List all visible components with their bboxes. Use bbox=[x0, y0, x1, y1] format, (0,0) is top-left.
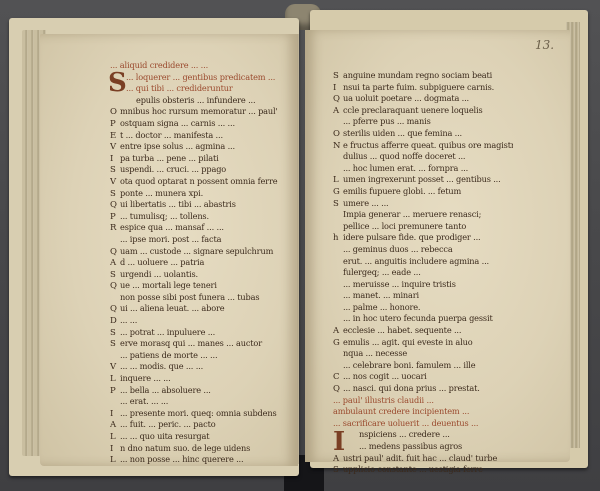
line-text: ... presente mori. queq: omnia subdens bbox=[120, 408, 277, 418]
line-text: uspendi. ... cruci. ... ppago bbox=[120, 164, 226, 174]
manuscript-line: Qua uoluit poetare ... dogmata ... bbox=[333, 93, 513, 105]
line-initial: S bbox=[333, 71, 343, 82]
line-text: ... hoc lumen erat. ... fornpra ... bbox=[343, 163, 468, 173]
line-text: non posse sibi post funera ... tubas bbox=[120, 292, 259, 302]
manuscript-line: Et ... doctor ... manifesta ... bbox=[110, 130, 286, 142]
line-initial: C bbox=[333, 372, 343, 383]
manuscript-line: ... ipse mori. post ... facta bbox=[110, 234, 286, 246]
line-text: ... ... modis. que ... ... bbox=[120, 361, 203, 371]
manuscript-line: hidere pulsare fide. que prodiger ... bbox=[333, 232, 513, 244]
line-initial: O bbox=[333, 129, 343, 140]
line-text: ... celebrare boni. famulem ... ille bbox=[343, 360, 475, 370]
manuscript-line: Gemulis ... agit. qui eveste in aluo bbox=[333, 337, 513, 349]
manuscript-line: P... bella ... absoluere ... bbox=[110, 385, 286, 397]
line-initial: S bbox=[110, 165, 120, 176]
illuminated-initial: S bbox=[108, 70, 127, 96]
line-text: mnibus hoc rursum memoratur ... paul' bbox=[120, 106, 278, 116]
manuscript-line: Accle preclaraquant uenere loquelis bbox=[333, 105, 513, 117]
line-initial: V bbox=[110, 362, 120, 373]
line-text: ... in hoc utero fecunda puerpa gessit bbox=[343, 313, 493, 323]
line-initial: I bbox=[333, 83, 343, 94]
line-text: pa turba ... pene ... pilati bbox=[120, 153, 219, 163]
manuscript-line: ... celebrare boni. famulem ... ille bbox=[333, 360, 513, 372]
line-text: ... nos cogit ... uocari bbox=[343, 371, 427, 381]
manuscript-line: L... non posse ... hinc querere ... bbox=[110, 454, 286, 466]
manuscript-line: dulius ... quod noffe doceret ... bbox=[333, 151, 513, 163]
line-text: ponte ... munera xpi. bbox=[120, 188, 203, 198]
line-initial: V bbox=[110, 142, 120, 153]
manuscript-line: Que ... mortali lege teneri bbox=[110, 280, 286, 292]
manuscript-line: A... fuit. ... peric. ... pacto bbox=[110, 419, 286, 431]
line-initial: G bbox=[333, 338, 343, 349]
manuscript-line: Aecclesie ... habet. sequente ... bbox=[333, 325, 513, 337]
manuscript-line: Insui ta parte fuim. subpiguere carnis. bbox=[333, 82, 513, 94]
manuscript-line: ... manet. ... minari bbox=[333, 290, 513, 302]
line-text: ... fuit. ... peric. ... pacto bbox=[120, 419, 216, 429]
line-initial: S bbox=[110, 270, 120, 281]
line-text: n dno natum suo. de lege uidens bbox=[120, 443, 250, 453]
line-initial: I bbox=[110, 444, 120, 455]
right-page: 13. Sanguine mundam regno sociam beatiIn… bbox=[305, 30, 570, 462]
line-initial: h bbox=[333, 233, 343, 244]
manuscript-line: Suspendi. ... cruci. ... ppago bbox=[110, 164, 286, 176]
line-text: ... potrat ... inpuluere ... bbox=[120, 327, 215, 337]
manuscript-line: Respice qua ... mansaf ... ... bbox=[110, 222, 286, 234]
line-text: ... tumulisq; ... tollens. bbox=[120, 211, 209, 221]
folio-number: 13. bbox=[535, 38, 554, 52]
manuscript-line: Linquere ... ... bbox=[110, 373, 286, 385]
manuscript-line: Sponte ... munera xpi. bbox=[110, 188, 286, 200]
line-text: nqua ... necesse bbox=[343, 348, 407, 358]
manuscript-line: ... erat. ... ... bbox=[110, 396, 286, 408]
line-initial: Q bbox=[333, 384, 343, 395]
manuscript-line: Qui libertatis ... tibi ... abastris bbox=[110, 199, 286, 211]
line-text: e fructus afferre queat. quibus ore magi… bbox=[343, 140, 513, 150]
line-text: ... medens passibus agros bbox=[359, 441, 462, 451]
line-initial: S bbox=[333, 199, 343, 210]
line-initial: A bbox=[333, 454, 343, 465]
line-text: ... palme ... honore. bbox=[343, 302, 420, 312]
manuscript-line: Omnibus hoc rursum memoratur ... paul' bbox=[110, 106, 286, 118]
line-initial: L bbox=[333, 175, 343, 186]
line-text: nsui ta parte fuim. subpiguere carnis. bbox=[343, 82, 494, 92]
manuscript-line: Sanguine mundam regno sociam beati bbox=[333, 70, 513, 82]
line-text: ... non posse ... hinc querere ... bbox=[120, 454, 243, 464]
manuscript-line: epulis obsteris ... infundere ... bbox=[110, 95, 286, 107]
line-initial: I bbox=[110, 154, 120, 165]
line-text: ... ipse mori. post ... facta bbox=[120, 234, 221, 244]
manuscript-line: Ad ... uoluere ... patria bbox=[110, 257, 286, 269]
manuscript-line: Ventre ipse solus ... agmina ... bbox=[110, 141, 286, 153]
line-text: sterilis uiden ... que femina ... bbox=[343, 128, 462, 138]
manuscript-line: Osterilis uiden ... que femina ... bbox=[333, 128, 513, 140]
line-text: ue ... mortali lege teneri bbox=[120, 280, 217, 290]
manuscript-line: Qui ... aliena leuat. ... abore bbox=[110, 303, 286, 315]
left-page: ... aliquid credidere ... ... ... loquer… bbox=[40, 34, 298, 466]
line-text: erut. ... anguitis includere agmina ... bbox=[343, 256, 489, 266]
manuscript-line: ... meruisse ... inquire tristis bbox=[333, 279, 513, 291]
line-text: ... bella ... absoluere ... bbox=[120, 385, 211, 395]
left-text-column: ... aliquid credidere ... ... ... loquer… bbox=[110, 60, 286, 466]
manuscript-line: V... ... modis. que ... ... bbox=[110, 361, 286, 373]
manuscript-line: C... nos cogit ... uocari bbox=[333, 371, 513, 383]
line-text: ... meruisse ... inquire tristis bbox=[343, 279, 456, 289]
manuscript-line: ... geminus duos ... rebecca bbox=[333, 244, 513, 256]
line-initial: G bbox=[333, 187, 343, 198]
line-initial: D bbox=[110, 316, 120, 327]
line-initial: V bbox=[110, 177, 120, 188]
right-text-column: Sanguine mundam regno sociam beatiInsui … bbox=[333, 70, 513, 476]
manuscript-line: ... palme ... honore. bbox=[333, 302, 513, 314]
line-text: umere ... ... bbox=[343, 198, 389, 208]
rubric-line: ... loquerer ... gentibus predicatem ... bbox=[110, 72, 286, 84]
line-initial: L bbox=[110, 455, 120, 466]
line-text: fulergeq; ... eade ... bbox=[343, 267, 421, 277]
manuscript-line: Serve morasq qui ... manes ... auctor bbox=[110, 338, 286, 350]
line-initial: S bbox=[333, 465, 343, 476]
line-initial: Q bbox=[333, 94, 343, 105]
manuscript-line: ... hoc lumen erat. ... fornpra ... bbox=[333, 163, 513, 175]
manuscript-line: non posse sibi post funera ... tubas bbox=[110, 292, 286, 304]
line-initial: Q bbox=[110, 281, 120, 292]
line-text: dulius ... quod noffe doceret ... bbox=[343, 151, 465, 161]
manuscript-line: Surgendi ... uolantis. bbox=[110, 269, 286, 281]
line-text: ui ... aliena leuat. ... abore bbox=[120, 303, 224, 313]
line-initial: I bbox=[110, 409, 120, 420]
manuscript-line: Sumere ... ... bbox=[333, 198, 513, 210]
line-text: ... pferre pus ... manis bbox=[343, 116, 431, 126]
line-initial: L bbox=[110, 432, 120, 443]
manuscript-line: S... potrat ... inpuluere ... bbox=[110, 327, 286, 339]
line-text: pellice ... loci premunere tanto bbox=[343, 221, 466, 231]
line-text: anguine mundam regno sociam beati bbox=[343, 70, 492, 80]
line-initial: A bbox=[110, 258, 120, 269]
manuscript-line: nspiciens ... credere ... bbox=[333, 429, 513, 441]
line-text: t ... doctor ... manifesta ... bbox=[120, 130, 223, 140]
rubric-line: ... sacrificare uoluerit ... deuentus ..… bbox=[333, 418, 513, 430]
manuscript-line: ... medens passibus agros bbox=[333, 441, 513, 453]
line-text: ... erat. ... ... bbox=[120, 396, 168, 406]
manuscript-line: Ipa turba ... pene ... pilati bbox=[110, 153, 286, 165]
manuscript-line: Impia generar ... meruere renasci; bbox=[333, 209, 513, 221]
line-initial: S bbox=[110, 328, 120, 339]
line-initial: A bbox=[333, 106, 343, 117]
manuscript-line: nqua ... necesse bbox=[333, 348, 513, 360]
manuscript-line: Gemilis fupuere globi. ... fetum bbox=[333, 186, 513, 198]
line-text: ui libertatis ... tibi ... abastris bbox=[120, 199, 236, 209]
manuscript-line: fulergeq; ... eade ... bbox=[333, 267, 513, 279]
manuscript-line: P... tumulisq; ... tollens. bbox=[110, 211, 286, 223]
line-text: ... geminus duos ... rebecca bbox=[343, 244, 453, 254]
line-text: upplicio constante ... uestigia ferre bbox=[343, 464, 483, 474]
manuscript-line: Ne fructus afferre queat. quibus ore mag… bbox=[333, 140, 513, 152]
line-initial: P bbox=[110, 212, 120, 223]
manuscript-line: Quam ... custode ... signare sepulchrum bbox=[110, 246, 286, 258]
line-text: entre ipse solus ... agmina ... bbox=[120, 141, 235, 151]
rubric-line: ... paul' illustris claudii ... bbox=[333, 395, 513, 407]
line-initial: Q bbox=[110, 247, 120, 258]
line-text: epulis obsteris ... infundere ... bbox=[136, 95, 255, 105]
line-text: ccle preclaraquant uenere loquelis bbox=[343, 105, 483, 115]
line-initial: P bbox=[110, 386, 120, 397]
manuscript-line: Postquam signa ... carnis ... ... bbox=[110, 118, 286, 130]
line-text: ua uoluit poetare ... dogmata ... bbox=[343, 93, 469, 103]
line-text: urgendi ... uolantis. bbox=[120, 269, 198, 279]
line-initial: R bbox=[110, 223, 120, 234]
line-text: d ... uoluere ... patria bbox=[120, 257, 204, 267]
manuscript-line: Lumen ingrexerunt posset ... gentibus ..… bbox=[333, 174, 513, 186]
line-initial: L bbox=[110, 374, 120, 385]
manuscript-line: erut. ... anguitis includere agmina ... bbox=[333, 256, 513, 268]
line-text: uam ... custode ... signare sepulchrum bbox=[120, 246, 273, 256]
line-initial: Q bbox=[110, 304, 120, 315]
manuscript-line: ... in hoc utero fecunda puerpa gessit bbox=[333, 313, 513, 325]
line-text: emilis fupuere globi. ... fetum bbox=[343, 186, 461, 196]
line-text: ... patiens de morte ... ... bbox=[120, 350, 217, 360]
line-initial: S bbox=[110, 189, 120, 200]
manuscript-line: I... presente mori. queq: omnia subdens bbox=[110, 408, 286, 420]
manuscript-line: In dno natum suo. de lege uidens bbox=[110, 443, 286, 455]
gutter bbox=[297, 34, 299, 464]
line-initial: E bbox=[110, 131, 120, 142]
line-text: emulis ... agit. qui eveste in aluo bbox=[343, 337, 473, 347]
line-text: idere pulsare fide. que prodiger ... bbox=[343, 232, 481, 242]
line-text: ... ... quo uita resurgat bbox=[120, 431, 209, 441]
line-text: ostquam signa ... carnis ... ... bbox=[120, 118, 235, 128]
line-initial: A bbox=[110, 420, 120, 431]
line-initial: P bbox=[110, 119, 120, 130]
rubric-line: ambulaunt credere incipientem ... bbox=[333, 406, 513, 418]
line-text: ... ... bbox=[120, 315, 137, 325]
line-text: ecclesie ... habet. sequente ... bbox=[343, 325, 461, 335]
manuscript-line: ... pferre pus ... manis bbox=[333, 116, 513, 128]
line-initial: S bbox=[110, 339, 120, 350]
line-text: umen ingrexerunt posset ... gentibus ... bbox=[343, 174, 501, 184]
line-text: espice qua ... mansaf ... ... bbox=[120, 222, 224, 232]
line-initial: O bbox=[110, 107, 120, 118]
line-text: ustri paul' adit. fuit hac ... claud' tu… bbox=[343, 453, 497, 463]
manuscript-line: D... ... bbox=[110, 315, 286, 327]
manuscript-line: ... patiens de morte ... ... bbox=[110, 350, 286, 362]
line-initial: A bbox=[333, 326, 343, 337]
line-text: ... nasci. qui dona prius ... prestat. bbox=[343, 383, 480, 393]
line-text: ... manet. ... minari bbox=[343, 290, 419, 300]
line-initial: N bbox=[333, 141, 343, 152]
line-initial: Q bbox=[110, 200, 120, 211]
manuscript-line: Supplicio constante ... uestigia ferre bbox=[333, 464, 513, 476]
rubric-line: ... qui tibi ... credideruntur bbox=[110, 83, 286, 95]
line-text: erve morasq qui ... manes ... auctor bbox=[120, 338, 262, 348]
manuscript-line: Q... nasci. qui dona prius ... prestat. bbox=[333, 383, 513, 395]
rubric-line: ... aliquid credidere ... ... bbox=[110, 60, 286, 72]
line-text: ota quod optarat n possent omnia ferre bbox=[120, 176, 277, 186]
manuscript-line: pellice ... loci premunere tanto bbox=[333, 221, 513, 233]
manuscript-line: Austri paul' adit. fuit hac ... claud' t… bbox=[333, 453, 513, 465]
line-text: Impia generar ... meruere renasci; bbox=[343, 209, 481, 219]
manuscript-line: L... ... quo uita resurgat bbox=[110, 431, 286, 443]
manuscript-line: Vota quod optarat n possent omnia ferre bbox=[110, 176, 286, 188]
line-text: inquere ... ... bbox=[120, 373, 171, 383]
line-text: nspiciens ... credere ... bbox=[359, 429, 450, 439]
